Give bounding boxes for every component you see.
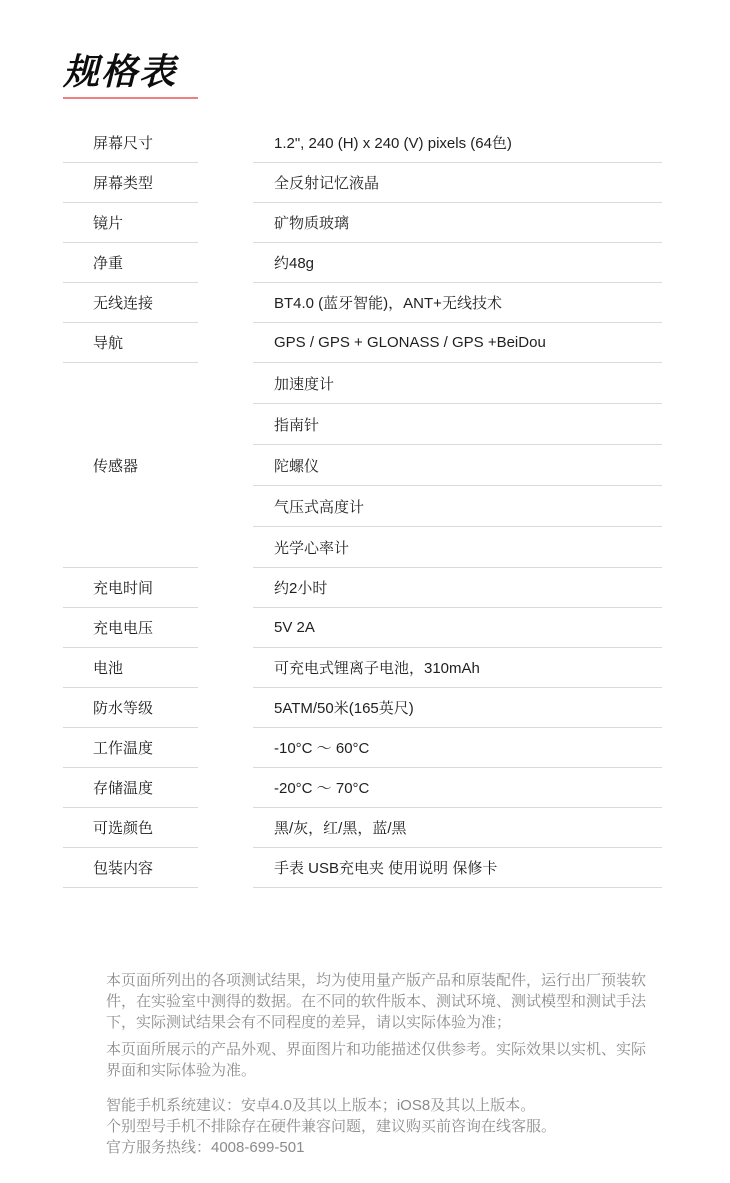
spec-label: 无线连接 [63, 283, 198, 323]
disclaimer-notes: 本页面所列出的各项测试结果，均为使用量产版产品和原装配件，运行出厂预装软件，在实… [106, 970, 659, 1158]
spec-value: GPS / GPS + GLONASS / GPS +BeiDou [253, 323, 662, 363]
title-underline [63, 97, 198, 99]
spec-value: 光学心率计 [253, 527, 662, 568]
spec-table: 屏幕尺寸 1.2", 240 (H) x 240 (V) pixels (64色… [63, 123, 662, 888]
compatibility-line: 个别型号手机不排除存在硬件兼容问题，建议购买前咨询在线客服。 [106, 1116, 659, 1137]
table-row: 防水等级 5ATM/50米(165英尺) [63, 688, 662, 728]
spec-value: 约48g [253, 243, 662, 283]
page-title: 规格表 [63, 50, 730, 93]
spec-label: 充电电压 [63, 608, 198, 648]
table-row: 存储温度 -20°C ～ 70°C [63, 768, 662, 808]
spec-value: 陀螺仪 [253, 445, 662, 486]
disclaimer-paragraph-test-results: 本页面所列出的各项测试结果，均为使用量产版产品和原装配件，运行出厂预装软件，在实… [106, 970, 659, 1033]
spec-label: 镜片 [63, 203, 198, 243]
table-row: 电池 可充电式锂离子电池，310mAh [63, 648, 662, 688]
spec-value: 指南针 [253, 404, 662, 445]
spec-value: -20°C ～ 70°C [253, 768, 662, 808]
spec-label: 导航 [63, 323, 198, 363]
table-row: 可选颜色 黑/灰，红/黑，蓝/黑 [63, 808, 662, 848]
disclaimer-paragraph-system: 智能手机系统建议：安卓4.0及其以上版本；iOS8及其以上版本。 个别型号手机不… [106, 1095, 659, 1158]
spec-label: 工作温度 [63, 728, 198, 768]
spec-value: 可充电式锂离子电池，310mAh [253, 648, 662, 688]
spec-value: 5ATM/50米(165英尺) [253, 688, 662, 728]
table-row: 包装内容 手表 USB充电夹 使用说明 保修卡 [63, 848, 662, 888]
spec-label: 可选颜色 [63, 808, 198, 848]
spec-label: 防水等级 [63, 688, 198, 728]
spec-label: 屏幕类型 [63, 163, 198, 203]
spec-value: BT4.0 (蓝牙智能)，ANT+无线技术 [253, 283, 662, 323]
table-row: 屏幕类型 全反射记忆液晶 [63, 163, 662, 203]
spec-label: 屏幕尺寸 [63, 123, 198, 163]
table-row: 工作温度 -10°C ～ 60°C [63, 728, 662, 768]
table-row: 充电电压 5V 2A [63, 608, 662, 648]
table-row: 屏幕尺寸 1.2", 240 (H) x 240 (V) pixels (64色… [63, 123, 662, 163]
spec-value: 手表 USB充电夹 使用说明 保修卡 [253, 848, 662, 888]
spec-value: 约2小时 [253, 568, 662, 608]
system-requirement-line: 智能手机系统建议：安卓4.0及其以上版本；iOS8及其以上版本。 [106, 1095, 659, 1116]
table-row: 镜片 矿物质玻璃 [63, 203, 662, 243]
spec-value: -10°C ～ 60°C [253, 728, 662, 768]
spec-page: 规格表 屏幕尺寸 1.2", 240 (H) x 240 (V) pixels … [0, 0, 730, 1183]
spec-value: 1.2", 240 (H) x 240 (V) pixels (64色) [253, 123, 662, 163]
table-row: 无线连接 BT4.0 (蓝牙智能)，ANT+无线技术 [63, 283, 662, 323]
title-block: 规格表 [63, 0, 730, 99]
service-hotline-line: 官方服务热线：4008-699-501 [106, 1137, 659, 1158]
table-row: 导航 GPS / GPS + GLONASS / GPS +BeiDou [63, 323, 662, 363]
spec-label: 电池 [63, 648, 198, 688]
table-row: 净重 约48g [63, 243, 662, 283]
table-row: 充电时间 约2小时 [63, 568, 662, 608]
spec-value: 矿物质玻璃 [253, 203, 662, 243]
spec-value: 加速度计 [253, 363, 662, 404]
spec-value: 5V 2A [253, 608, 662, 648]
spec-label: 传感器 [63, 363, 198, 568]
disclaimer-paragraph-appearance: 本页面所展示的产品外观、界面图片和功能描述仅供参考。实际效果以实机、实际界面和实… [106, 1039, 659, 1081]
spec-label: 包装内容 [63, 848, 198, 888]
spec-value: 黑/灰，红/黑，蓝/黑 [253, 808, 662, 848]
spec-value: 气压式高度计 [253, 486, 662, 527]
spec-label: 充电时间 [63, 568, 198, 608]
spec-value: 全反射记忆液晶 [253, 163, 662, 203]
sensor-value-list: 加速度计 指南针 陀螺仪 气压式高度计 光学心率计 [253, 363, 662, 568]
spec-label: 净重 [63, 243, 198, 283]
table-row-sensors: 传感器 加速度计 指南针 陀螺仪 气压式高度计 光学心率计 [63, 363, 662, 568]
spec-label: 存储温度 [63, 768, 198, 808]
